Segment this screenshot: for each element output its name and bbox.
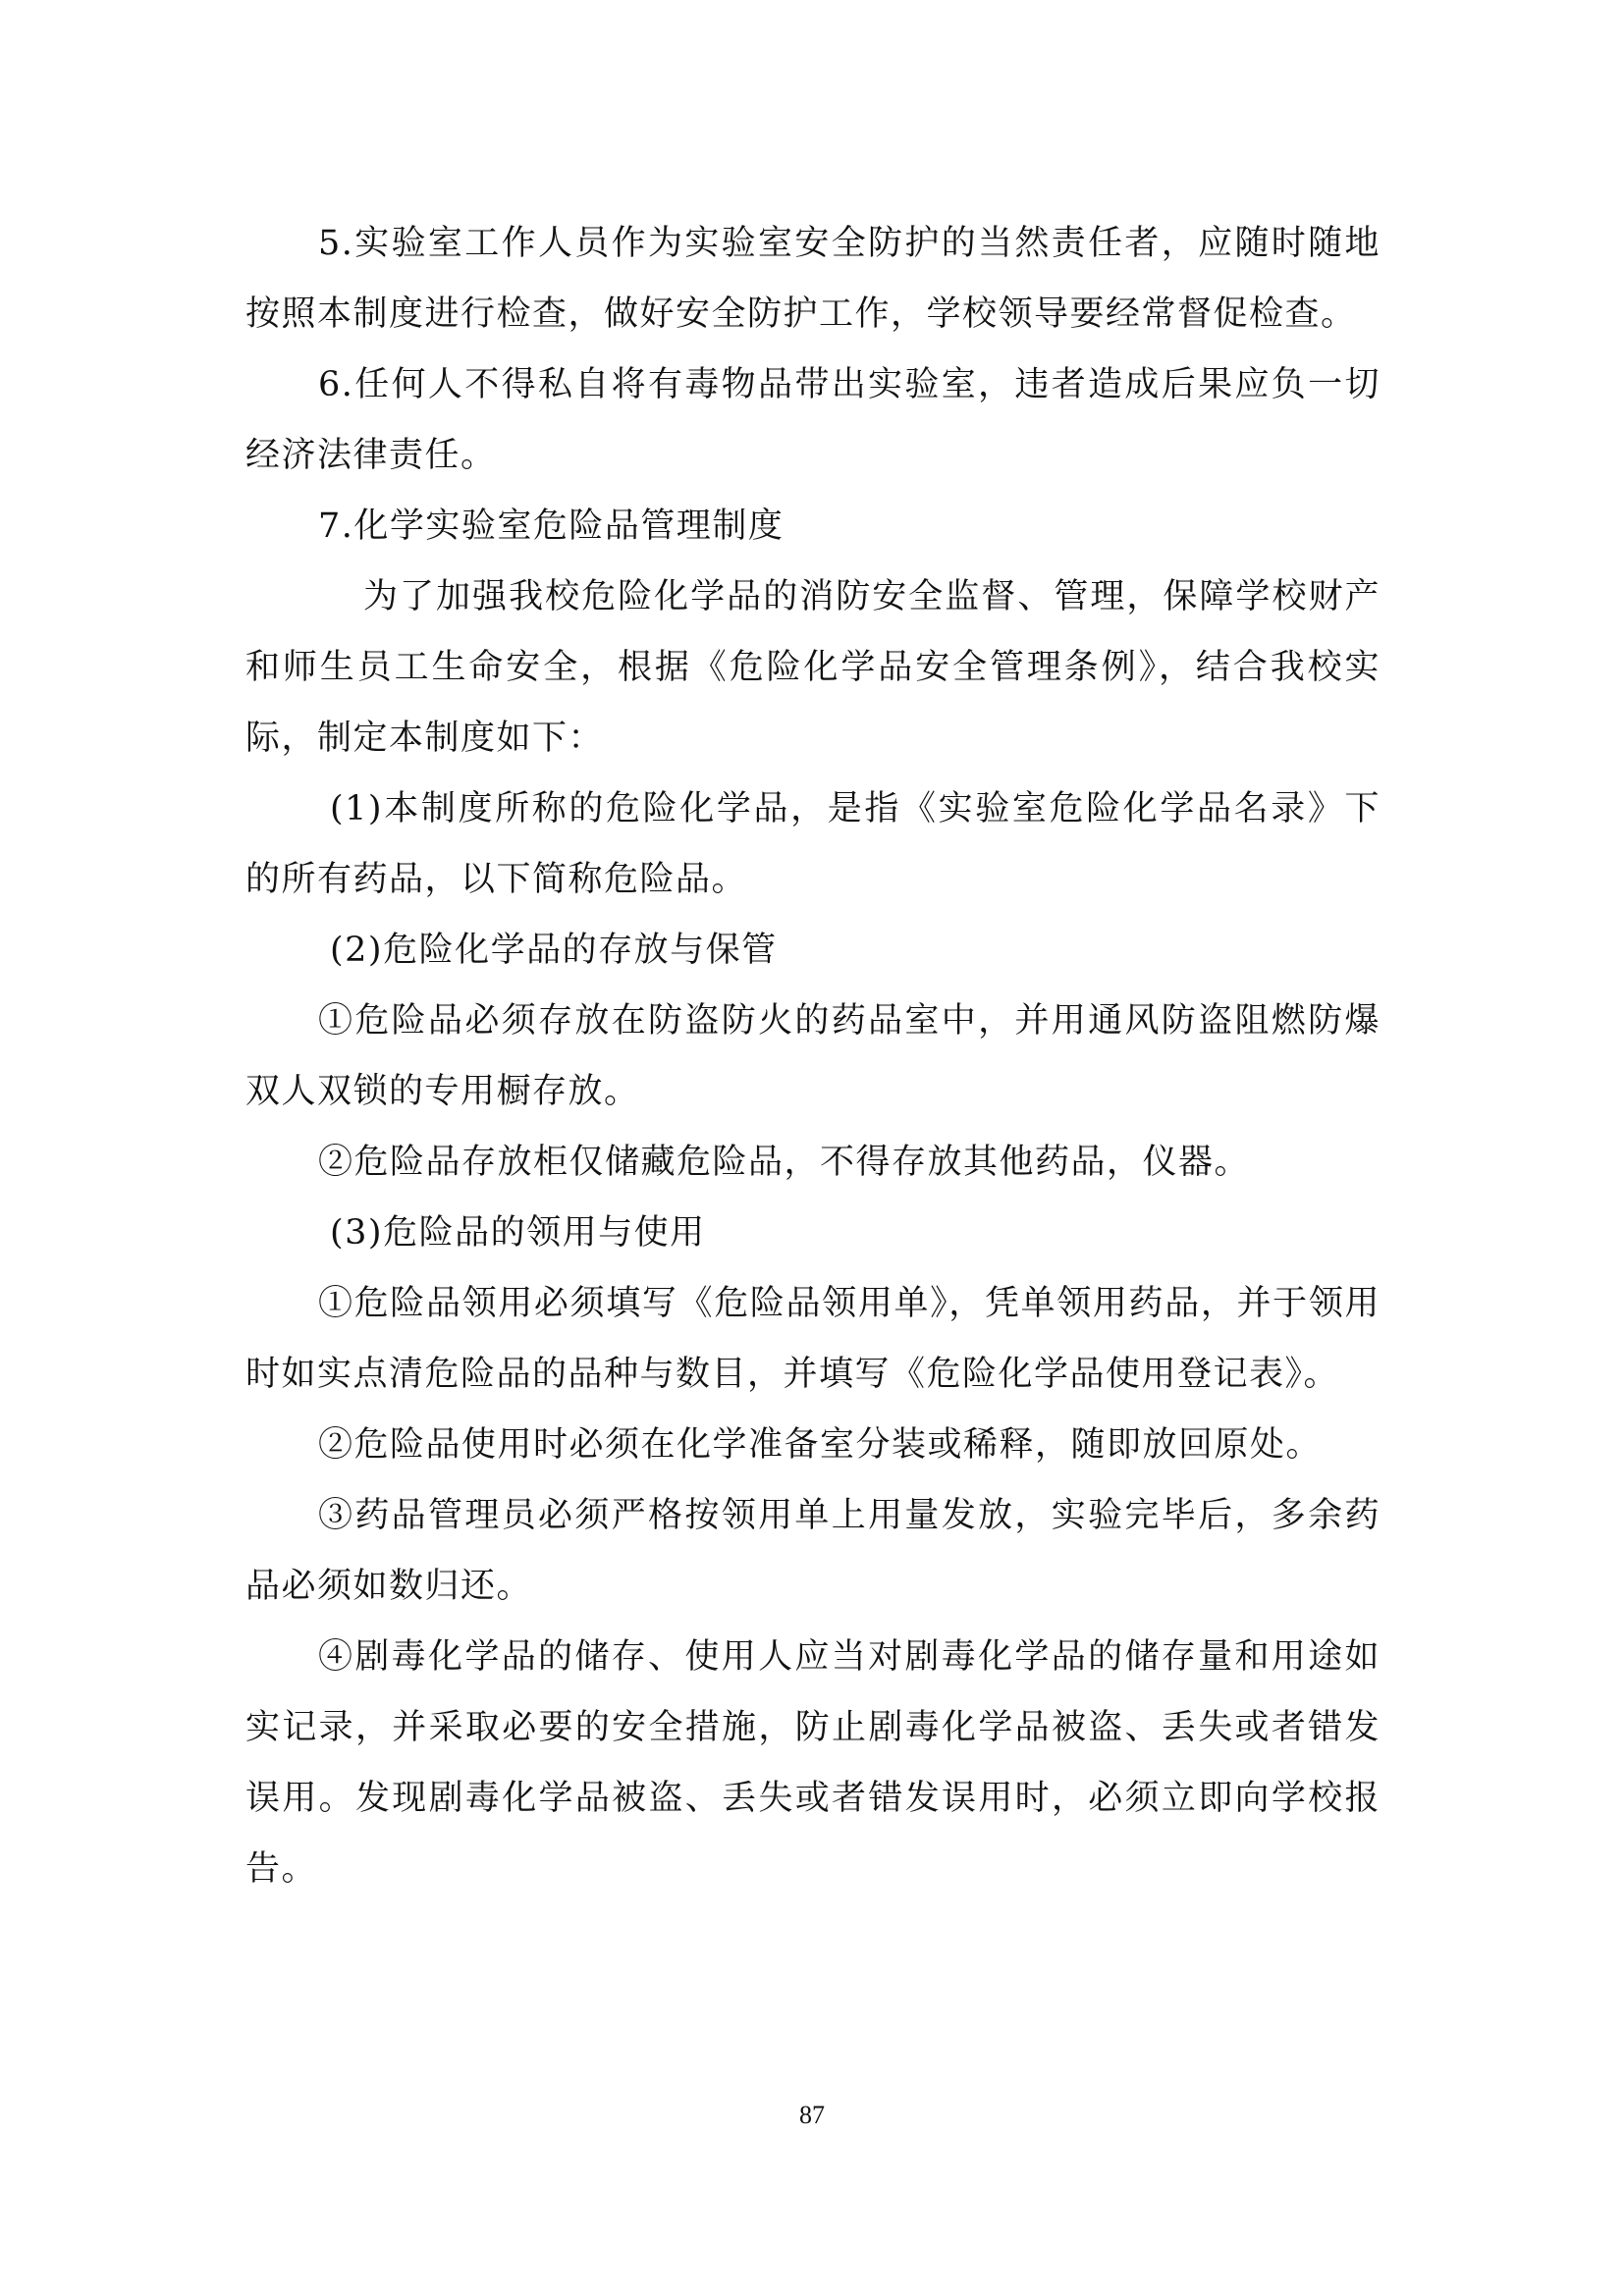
clause-2-heading: (2)危险化学品的存放与保管 xyxy=(245,915,1380,986)
paragraph-item-6: 6.任何人不得私自将有毒物品带出实验室，违者造成后果应负一切经济法律责任。 xyxy=(245,349,1380,491)
clause-3-item-1: ①危险品领用必须填写《危险品领用单》，凭单领用药品，并于领用时如实点清危险品的品… xyxy=(245,1268,1380,1410)
clause-2-item-2: ②危险品存放柜仅储藏危险品，不得存放其他药品，仪器。 xyxy=(245,1127,1380,1198)
clause-1: (1)本制度所称的危险化学品，是指《实验室危险化学品名录》下的所有药品，以下简称… xyxy=(245,774,1380,915)
document-body: 5.实验室工作人员作为实验室安全防护的当然责任者，应随时随地按照本制度进行检查，… xyxy=(245,208,1380,1904)
paragraph-intro: 为了加强我校危险化学品的消防安全监督、管理，保障学校财产和师生员工生命安全，根据… xyxy=(245,561,1380,774)
clause-2-item-1: ①危险品必须存放在防盗防火的药品室中，并用通风防盗阻燃防爆双人双锁的专用橱存放。 xyxy=(245,986,1380,1127)
page-number: 87 xyxy=(0,2101,1624,2130)
paragraph-item-5: 5.实验室工作人员作为实验室安全防护的当然责任者，应随时随地按照本制度进行检查，… xyxy=(245,208,1380,349)
clause-3-item-4: ④剧毒化学品的储存、使用人应当对剧毒化学品的储存量和用途如实记录，并采取必要的安… xyxy=(245,1622,1380,1904)
section-heading-7: 7.化学实验室危险品管理制度 xyxy=(245,491,1380,561)
clause-3-item-3: ③药品管理员必须严格按领用单上用量发放，实验完毕后，多余药品必须如数归还。 xyxy=(245,1480,1380,1622)
clause-3-heading: (3)危险品的领用与使用 xyxy=(245,1198,1380,1268)
clause-3-item-2: ②危险品使用时必须在化学准备室分装或稀释，随即放回原处。 xyxy=(245,1410,1380,1480)
